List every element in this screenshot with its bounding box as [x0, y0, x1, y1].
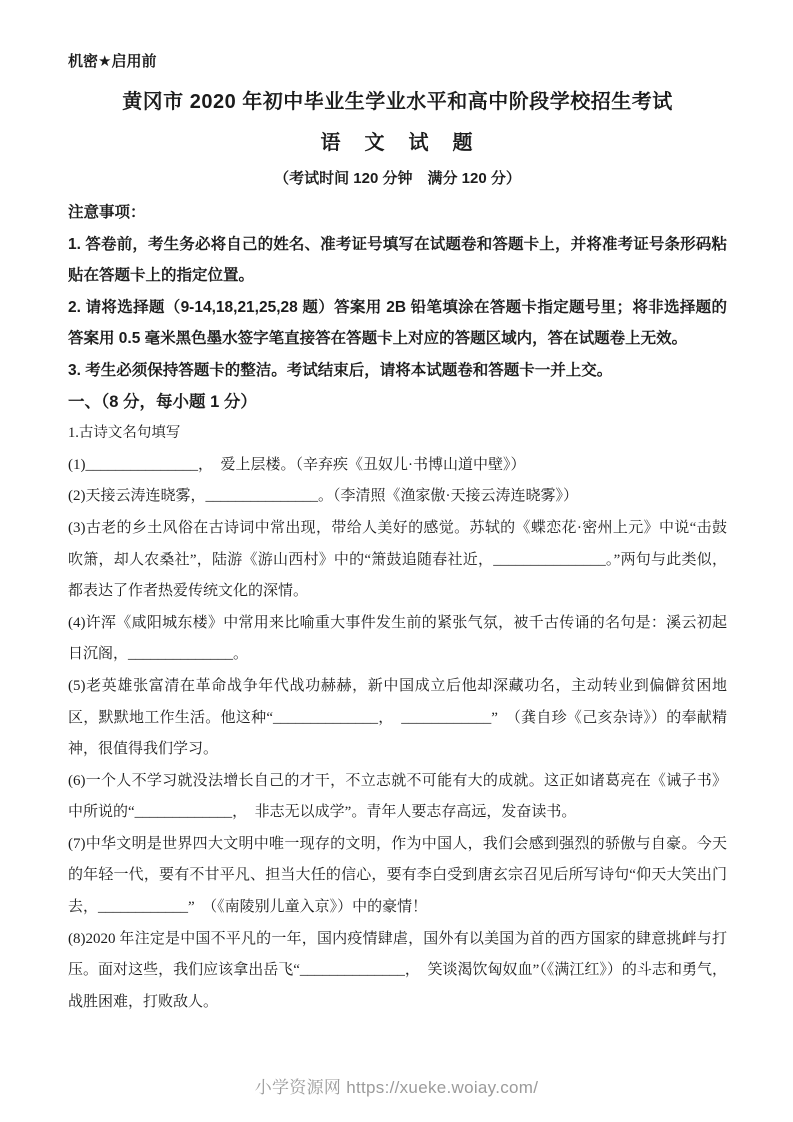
footer-site-text: 小学资源网 https://xueke.woiay.com/ [255, 1078, 539, 1097]
question-1-title: 1.古诗文名句填写 [68, 418, 727, 450]
exam-body: 注意事项： 1. 答卷前，考生务必将自己的姓名、准考证号填写在试题卷和答题卡上，… [68, 197, 727, 1018]
notice-item-1: 1. 答卷前，考生务必将自己的姓名、准考证号填写在试题卷和答题卡上，并将准考证号… [68, 229, 727, 292]
fill-in-item-8: (8)2020 年注定是中国不平凡的一年，国内疫情肆虐，国外有以美国为首的西方国… [68, 924, 727, 1019]
fill-in-item-5: (5)老英雄张富清在革命战争年代战功赫赫，新中国成立后他却深藏功名，主动转业到偏… [68, 671, 727, 766]
exam-paper-page: 机密★启用前 黄冈市 2020 年初中毕业生学业水平和高中阶段学校招生考试 语 … [0, 0, 793, 1122]
fill-in-item-4: (4)许浑《咸阳城东楼》中常用来比喻重大事件发生前的紧张气氛，被千古传诵的名句是… [68, 608, 727, 671]
fill-in-item-3: (3)古老的乡土风俗在古诗词中常出现，带给人美好的感觉。苏轼的《蝶恋花·密州上元… [68, 513, 727, 608]
fill-in-item-2: (2)天接云涛连晓雾，_______________。（李清照《渔家傲·天接云涛… [68, 481, 727, 513]
subject-title: 语 文 试 题 [68, 129, 727, 157]
exam-time-score-info: （考试时间 120 分钟 满分 120 分） [68, 168, 727, 190]
exam-title: 黄冈市 2020 年初中毕业生学业水平和高中阶段学校招生考试 [68, 88, 727, 116]
notice-item-3: 3. 考生必须保持答题卡的整洁。考试结束后，请将本试题卷和答题卡一并上交。 [68, 355, 727, 387]
fill-in-item-7: (7)中华文明是世界四大文明中唯一现存的文明，作为中国人，我们会感到强烈的骄傲与… [68, 829, 727, 924]
footer-watermark: 小学资源网 https://xueke.woiay.com/ [0, 1073, 793, 1098]
notices-heading: 注意事项： [68, 197, 727, 229]
section-one-heading: 一、（8 分，每小题 1 分） [68, 387, 727, 419]
fill-in-item-6: (6)一个人不学习就没法增长自己的才干，不立志就不可能有大的成就。这正如诸葛亮在… [68, 766, 727, 829]
notice-item-2: 2. 请将选择题（9-14,18,21,25,28 题）答案用 2B 铅笔填涂在… [68, 292, 727, 355]
fill-in-item-1: (1)_______________， 爱上层楼。（辛弃疾《丑奴儿·书博山道中壁… [68, 450, 727, 482]
secrecy-label: 机密★启用前 [68, 52, 727, 72]
